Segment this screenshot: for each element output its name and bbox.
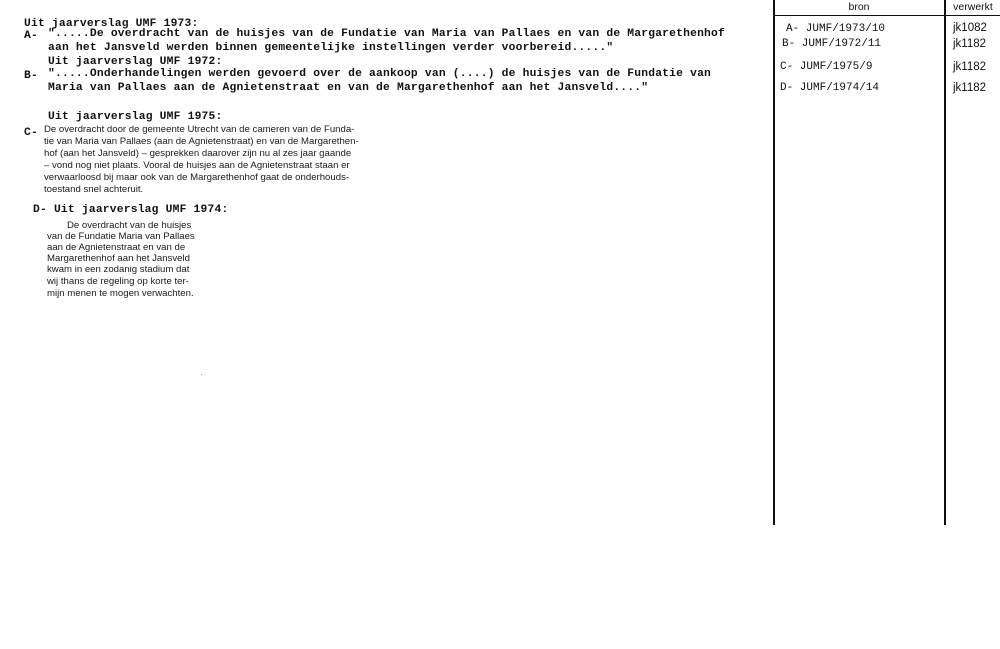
table-row-a-bron: A- JUMF/1973/10 [786,23,885,35]
table-header-rule [773,15,1000,16]
clip-c-line-4: – vond nog niet plaats. Vooral de huisje… [44,160,350,171]
speck [201,374,202,375]
table-row-b-bron: B- JUMF/1972/11 [782,38,881,50]
marker-c: C- [24,127,38,139]
quote-a-line-2: aan het Jansveld werden binnen gemeentel… [48,42,613,54]
clip-d-line-1: De overdracht van de huisjes [67,220,191,231]
quote-b-line-1: ".....Onderhandelingen werden gevoerd ov… [48,68,711,80]
clip-d-line-5: kwam in een zodanig stadium dat [47,264,189,275]
clip-d-line-2: van de Fundatie Maria van Pallaes [47,231,195,242]
clip-c-line-6: toestand snel achteruit. [44,184,143,195]
table-row-d-verwerkt: jk1182 [953,82,986,94]
heading-1974: D- Uit jaarverslag UMF 1974: [33,204,228,216]
table-row-c-verwerkt: jk1182 [953,61,986,73]
column-header-verwerkt: verwerkt [946,1,1000,13]
clip-d-line-3: aan de Agnietenstraat en van de [47,242,185,253]
clip-d-line-4: Margarethenhof aan het Jansveld [47,253,190,264]
table-row-d-bron: D- JUMF/1974/14 [780,82,879,94]
quote-b-line-2: Maria van Pallaes aan de Agnietenstraat … [48,82,648,94]
clip-c-line-5: verwaarloosd bij maar ook van de Margare… [44,172,349,183]
clip-d-line-7: mijn menen te mogen verwachten. [47,288,194,299]
heading-1975: Uit jaarverslag UMF 1975: [48,111,222,123]
table-row-c-bron: C- JUMF/1975/9 [780,61,872,73]
table-left-border [773,0,775,525]
marker-b: B- [24,70,38,82]
table-row-a-verwerkt: jk1082 [953,22,987,34]
column-header-bron: bron [774,1,944,13]
clip-c-line-1: De overdracht door de gemeente Utrecht v… [44,124,354,135]
marker-a: A- [24,30,38,42]
table-column-divider [944,0,946,525]
clip-c-line-2: tie van Maria van Pallaes (aan de Agniet… [44,136,359,147]
clip-c-line-3: hof (aan het Jansveld) – gesprekken daar… [44,148,351,159]
clip-d-line-6: wij thans de regeling op korte ter- [47,276,189,287]
heading-1972: Uit jaarverslag UMF 1972: [48,56,222,68]
quote-a-line-1: ".....De overdracht van de huisjes van d… [48,28,725,40]
table-row-b-verwerkt: jk1182 [953,38,986,50]
